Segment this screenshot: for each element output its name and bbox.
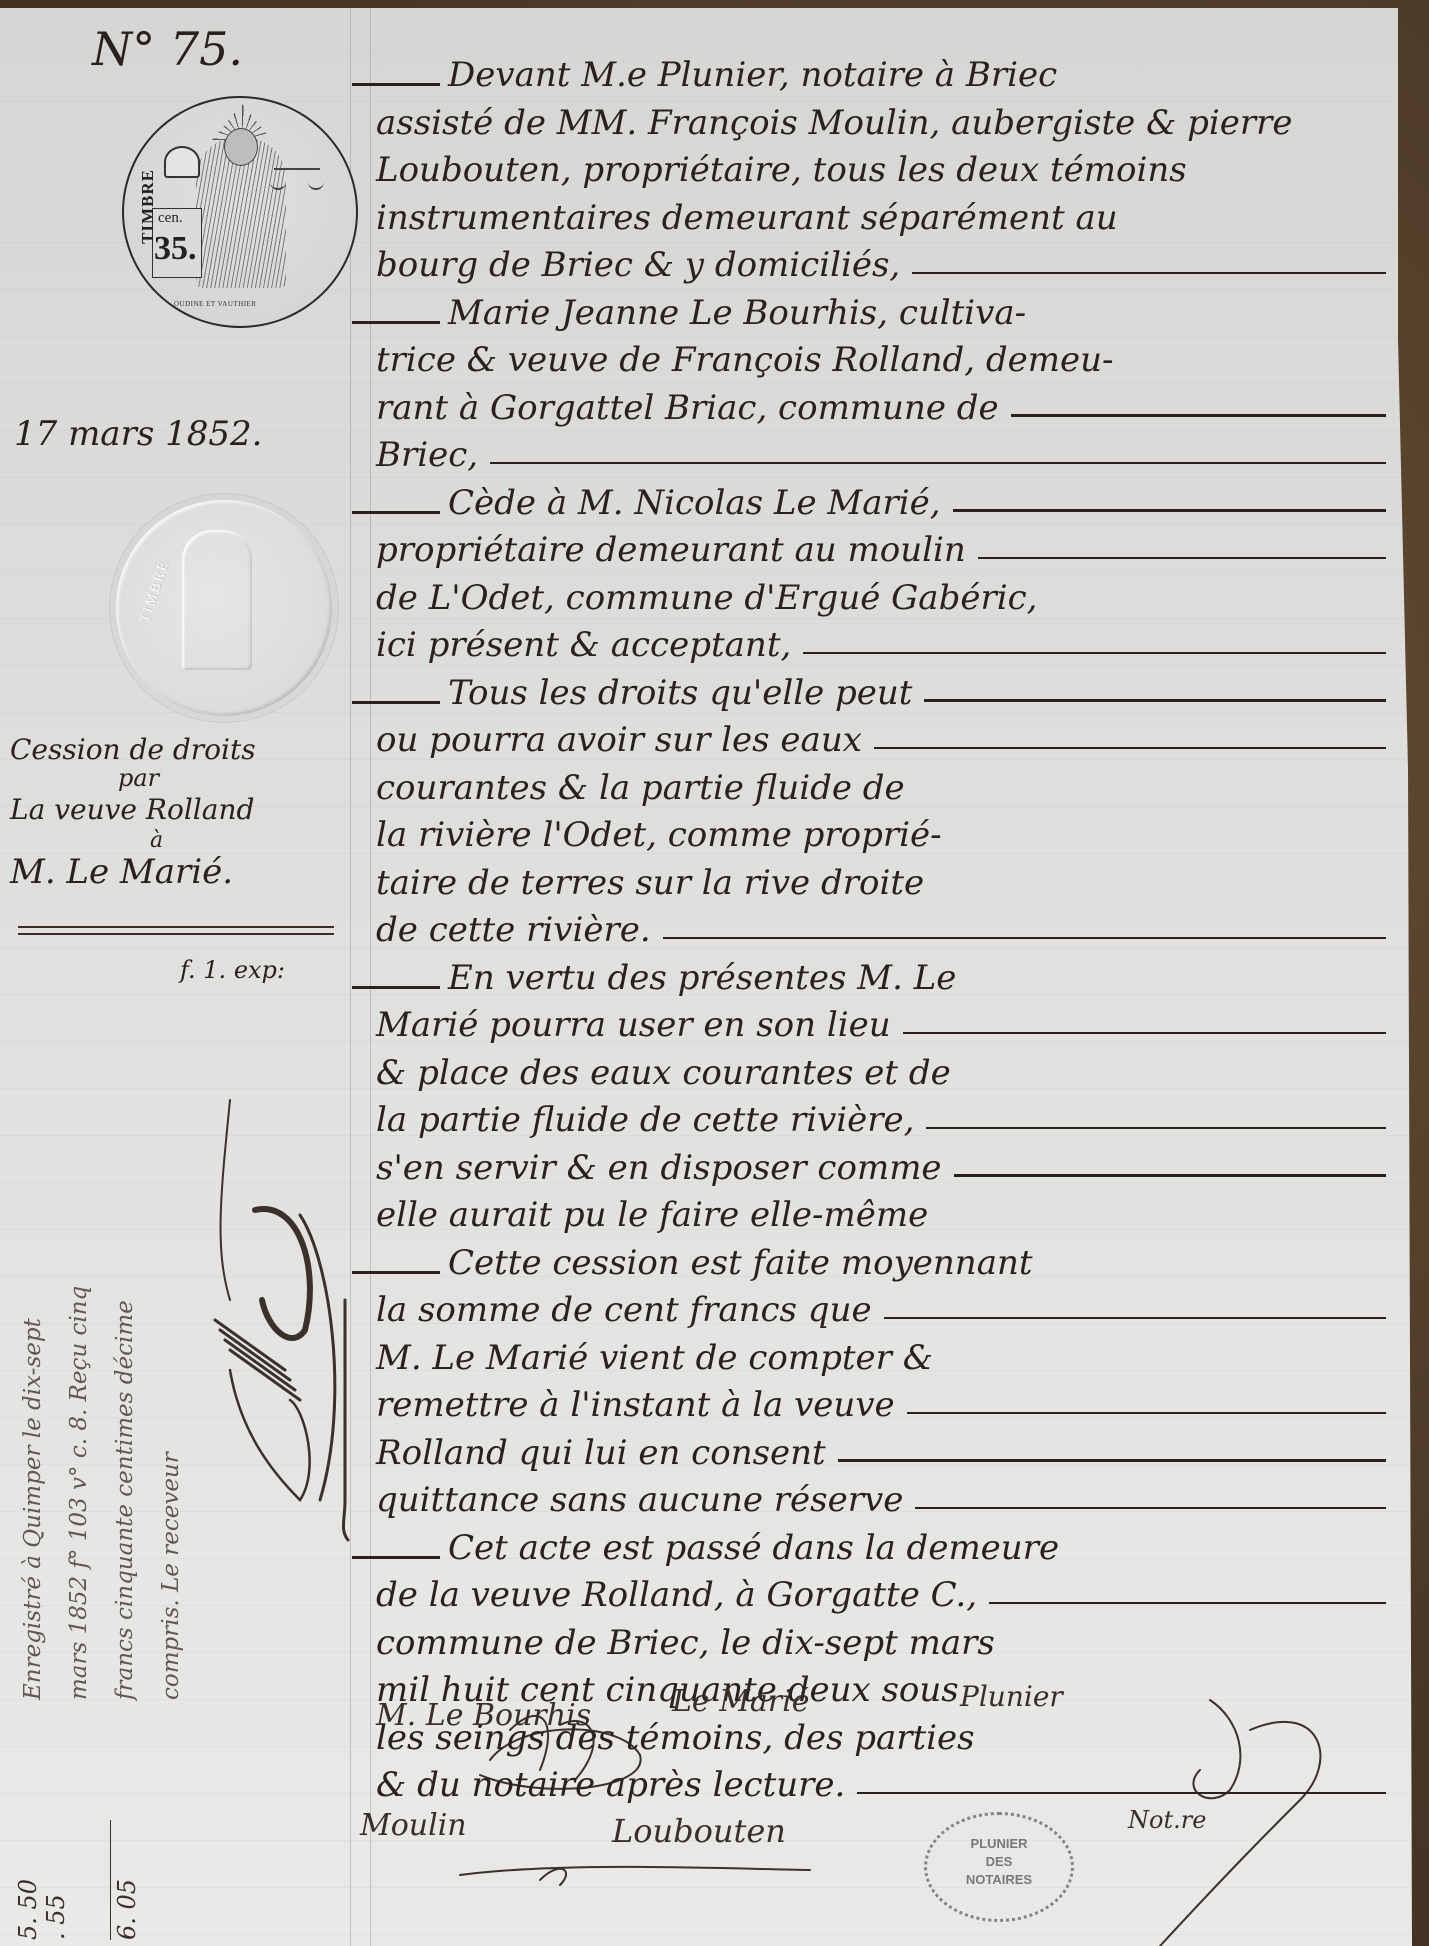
fee-total: 6. 05 [110,1820,141,1940]
deed-line: la partie fluide de cette rivière, [376,1097,1386,1145]
fee-note: f. 1. exp: [180,956,285,984]
paragraph-lead-dash [352,986,440,989]
margin-rule [350,8,351,1946]
registration-fees: 5. 50 . 55 [14,1790,70,1940]
deed-line-text: Marié pourra user en son lieu [376,1002,891,1050]
deed-line: commune de Briec, le dix-sept mars [376,1620,1386,1668]
deed-line: Cède à M. Nicolas Le Marié, [376,480,1386,528]
deed-line-text: commune de Briec, le dix-sept mars [376,1620,995,1668]
signature-loubouten: Loubouten [612,1812,786,1850]
deed-line: trice & veuve de François Rolland, demeu… [376,337,1386,385]
tax-stamp-printed: TIMBRE cen. 35. OUDINE ET VAUTHIER [122,96,358,328]
deed-line: & place des eaux courantes et de [376,1050,1386,1098]
deed-line: courantes & la partie fluide de [376,765,1386,813]
deed-line: Loubouten, propriétaire, tous les deux t… [376,147,1386,195]
paragraph-lead-dash [352,1271,440,1274]
line-fill-rule [803,652,1386,655]
paragraph-lead-dash [352,83,440,86]
fee-amount: 5. 50 [14,1879,42,1940]
line-fill-rule [884,1317,1386,1320]
deed-line-text: taire de terres sur la rive droite [376,860,924,908]
deed-line: assisté de MM. François Moulin, aubergis… [376,100,1386,148]
deed-line-text: quittance sans aucune réserve [376,1477,903,1525]
deed-line-text: trice & veuve de François Rolland, demeu… [376,337,1114,385]
line-fill-rule [954,1174,1386,1177]
deed-line: la somme de cent francs que [376,1287,1386,1335]
deed-line-text: Tous les droits qu'elle peut [448,670,912,718]
notary-ink-seal: PLUNIER DES NOTAIRES [924,1812,1074,1922]
registration-note: Enregistré à Quimper le dix-sept mars 18… [10,700,194,1700]
paragraph-lead-dash [352,1556,440,1559]
margin-rule [370,8,371,1946]
deed-line-text: & du notaire après lecture. [376,1762,845,1810]
embossed-figure-icon [182,530,252,670]
deed-line: Marie Jeanne Le Bourhis, cultiva- [376,290,1386,338]
registration-line: Enregistré à Quimper le dix-sept [10,700,56,1700]
paragraph-lead-dash [352,321,440,324]
deed-line: propriétaire demeurant au moulin [376,527,1386,575]
deed-line: bourg de Briec & y domiciliés, [376,242,1386,290]
deed-line-text: rant à Gorgattel Briac, commune de [376,385,999,433]
deed-line: ou pourra avoir sur les eaux [376,717,1386,765]
line-fill-rule [490,462,1386,465]
deed-line-text: assisté de MM. François Moulin, aubergis… [376,100,1293,148]
stamp-denomination-label: cen. [158,210,183,227]
seal-text: PLUNIER [927,1835,1071,1853]
deed-line-text: la rivière l'Odet, comme proprié- [376,812,942,860]
deed-line: Cette cession est faite moyennant [376,1240,1386,1288]
line-fill-rule [924,699,1386,702]
line-fill-rule [926,1127,1386,1130]
deed-line-text: En vertu des présentes M. Le [448,955,956,1003]
deed-body: Devant M.e Plunier, notaire à Briecassis… [376,52,1386,1810]
document-number: N° 75. [92,22,243,76]
line-fill-rule [953,509,1386,512]
registration-line: francs cinquante centimes décime [102,700,148,1700]
line-fill-rule [903,1032,1386,1035]
deed-line-text: de L'Odet, commune d'Ergué Gabéric, [376,575,1037,623]
deed-line: de la veuve Rolland, à Gorgatte C., [376,1572,1386,1620]
deed-line: s'en servir & en disposer comme [376,1145,1386,1193]
deed-line-text: M. Le Marié vient de compter & [376,1335,933,1383]
line-fill-rule [1011,414,1386,417]
deed-line-text: elle aurait pu le faire elle-même [376,1192,928,1240]
deed-line-text: courantes & la partie fluide de [376,765,905,813]
deed-line: Marié pourra user en son lieu [376,1002,1386,1050]
deed-line: Cet acte est passé dans la demeure [376,1525,1386,1573]
fee-amount: . 55 [42,1894,70,1940]
margin-date: 17 mars 1852. [14,414,262,454]
deed-line: de L'Odet, commune d'Ergué Gabéric, [376,575,1386,623]
signature-le-marie: Le Marié [672,1684,810,1719]
signature-plunier: Plunier [960,1680,1063,1713]
line-fill-rule [915,1507,1386,1510]
deed-line-text: la partie fluide de cette rivière, [376,1097,914,1145]
embossed-seal-word: TIMBRE [138,558,173,625]
deed-line: En vertu des présentes M. Le [376,955,1386,1003]
line-fill-rule [978,557,1386,560]
stamp-value: 35. [154,230,197,268]
deed-line-text: s'en servir & en disposer comme [376,1145,942,1193]
deed-line-text: Rolland qui lui en consent [376,1430,826,1478]
embossed-seal: TIMBRE [116,500,332,716]
deed-line: Briec, [376,432,1386,480]
registration-total: 6. 05 [110,1790,141,1940]
deed-line-text: de la veuve Rolland, à Gorgatte C., [376,1572,977,1620]
deed-line: la rivière l'Odet, comme proprié- [376,812,1386,860]
paragraph-lead-dash [352,511,440,514]
deed-line: Devant M.e Plunier, notaire à Briec [376,52,1386,100]
heart-tablet-icon [164,146,200,178]
deed-line-text: Cède à M. Nicolas Le Marié, [448,480,941,528]
deed-line-text: Loubouten, propriétaire, tous les deux t… [376,147,1187,195]
line-fill-rule [874,747,1386,750]
deed-line: ici présent & acceptant, [376,622,1386,670]
deed-line-text: de cette rivière. [376,907,651,955]
signature-moulin: Moulin [360,1808,467,1843]
deed-line-text: Devant M.e Plunier, notaire à Briec [448,52,1057,100]
seal-text: DES [927,1853,1071,1871]
deed-line-text: bourg de Briec & y domiciliés, [376,242,900,290]
deed-line: Tous les droits qu'elle peut [376,670,1386,718]
signature-notaire: Not.re [1128,1806,1206,1834]
deed-line: rant à Gorgattel Briac, commune de [376,385,1386,433]
signature-bourhis: M. Le Bourhis [376,1698,591,1733]
deed-line-text: la somme de cent francs que [376,1287,872,1335]
deed-line: remettre à l'instant à la veuve [376,1382,1386,1430]
deed-line-text: Briec, [376,432,478,480]
line-fill-rule [989,1602,1386,1605]
deed-line: & du notaire après lecture. [376,1762,1386,1810]
line-fill-rule [857,1792,1386,1795]
registration-line: compris. Le receveur [148,700,194,1700]
deed-line: de cette rivière. [376,907,1386,955]
registration-line: mars 1852 f° 103 v° c. 8. Reçu cinq [56,700,102,1700]
deed-line: quittance sans aucune réserve [376,1477,1386,1525]
line-fill-rule [838,1459,1386,1462]
paragraph-lead-dash [352,701,440,704]
deed-line-text: instrumentaires demeurant séparément au [376,195,1118,243]
figure-head-icon [224,128,258,166]
deed-line-text: ou pourra avoir sur les eaux [376,717,862,765]
line-fill-rule [907,1412,1386,1415]
deed-line-text: remettre à l'instant à la veuve [376,1382,895,1430]
stamp-printer: OUDINE ET VAUTHIER [174,300,257,308]
deed-line: taire de terres sur la rive droite [376,860,1386,908]
deed-line-text: & place des eaux courantes et de [376,1050,951,1098]
deed-line: elle aurait pu le faire elle-même [376,1192,1386,1240]
line-fill-rule [663,937,1386,940]
deed-line: instrumentaires demeurant séparément au [376,195,1386,243]
deed-line: Rolland qui lui en consent [376,1430,1386,1478]
seal-text: NOTAIRES [927,1871,1071,1889]
deed-line-text: Marie Jeanne Le Bourhis, cultiva- [448,290,1026,338]
deed-line: M. Le Marié vient de compter & [376,1335,1386,1383]
deed-line-text: propriétaire demeurant au moulin [376,527,966,575]
deed-line-text: Cette cession est faite moyennant [448,1240,1033,1288]
line-fill-rule [912,272,1386,275]
deed-line-text: Cet acte est passé dans la demeure [448,1525,1059,1573]
deed-line-text: ici présent & acceptant, [376,622,791,670]
scales-of-justice-icon [274,168,320,202]
